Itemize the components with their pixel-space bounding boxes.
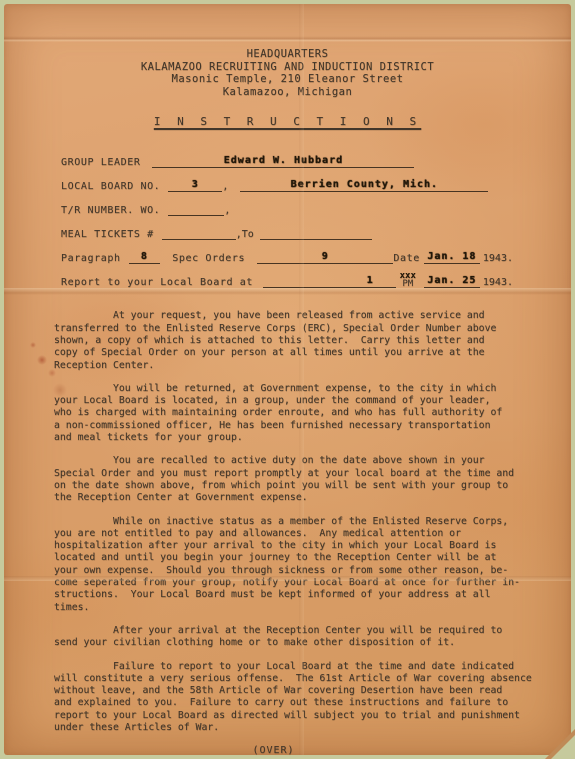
report-date-value: Jan. 25 <box>427 275 476 286</box>
meridiem-stack: xxx PM <box>400 273 416 288</box>
meridiem-value: PM <box>402 281 413 289</box>
paragraph: At your request, you have been released … <box>54 310 571 371</box>
date-label: Date <box>393 253 419 264</box>
typed-line: You will be returned, at Government expe… <box>54 383 571 395</box>
local-board-number-value: 3 <box>192 179 199 190</box>
letterhead: HEADQUARTERS KALAMAZOO RECRUITING AND IN… <box>4 4 571 98</box>
typed-line: You are recalled to active duty on the d… <box>54 455 571 467</box>
tr-number-field <box>168 203 224 216</box>
meal-tickets-from-field <box>162 227 236 240</box>
typed-line: and explained to you. Failure to carry o… <box>54 697 571 709</box>
order-date-year: 1943. <box>483 253 513 264</box>
tr-number-row: T/R NUMBER. WO. , <box>61 202 513 216</box>
typed-line: come seperated from your group, notify y… <box>54 577 571 589</box>
local-board-county-value: Berrien County, Mich. <box>291 179 438 190</box>
paragraph: After your arrival at the Reception Cent… <box>54 625 571 650</box>
typed-line: structions. Your Local Board must be kep… <box>54 589 571 601</box>
paragraph-spec-orders-row: Paragraph 8 Spec Orders 9 Date Jan. 18 1… <box>61 250 513 264</box>
typed-line: who is charged with maintaining order en… <box>54 407 571 419</box>
paragraph: You will be returned, at Government expe… <box>54 383 571 444</box>
typed-line: without leave, and the 58th Article of W… <box>54 685 571 697</box>
group-leader-label: GROUP LEADER <box>61 157 140 168</box>
paragraph-label: Paragraph <box>61 253 121 264</box>
typed-line: on the date shown above, from which poin… <box>54 480 571 492</box>
typed-line: After your arrival at the Reception Cent… <box>54 625 571 637</box>
paragraph-number-field: 8 <box>129 251 161 264</box>
local-board-label: LOCAL BOARD NO. <box>61 181 160 192</box>
page-title: I N S T R U C T I O N S <box>154 115 421 128</box>
report-date-field: Jan. 25 <box>424 275 480 288</box>
typed-line: copy of Special Order on your person at … <box>54 347 571 359</box>
typed-line: send your civilian clothing home or to m… <box>54 637 571 649</box>
report-time-value: 1 <box>367 275 374 286</box>
letterhead-line-headquarters: HEADQUARTERS <box>4 48 571 61</box>
tr-number-label: T/R NUMBER. WO. <box>61 205 160 216</box>
title-wrap: I N S T R U C T I O N S <box>4 110 571 129</box>
typed-line: your own expense. Should you through sic… <box>54 565 571 577</box>
typed-line: shown, a copy of which is attached to th… <box>54 335 571 347</box>
meal-tickets-to-field <box>260 227 372 240</box>
group-leader-value: Edward W. Hubbard <box>224 155 343 166</box>
local-board-comma: , <box>222 181 228 192</box>
typed-line: report to your Local Board as directed w… <box>54 710 571 722</box>
local-board-number-field: 3 <box>168 179 222 192</box>
paragraph: Failure to report to your Local Board at… <box>54 661 571 735</box>
typed-line: and meal tickets for your group. <box>54 432 571 444</box>
paragraph-number-value: 8 <box>141 251 148 262</box>
order-date-value: Jan. 18 <box>427 251 476 262</box>
typed-line: your Local Board is located, in a group,… <box>54 395 571 407</box>
corner-fold <box>551 735 575 759</box>
spec-orders-label: Spec Orders <box>172 253 245 264</box>
group-leader-row: GROUP LEADER Edward W. Hubbard <box>61 154 513 168</box>
typed-line: At your request, you have been released … <box>54 310 571 322</box>
typed-line: under these Articles of War. <box>54 722 571 734</box>
group-leader-field: Edward W. Hubbard <box>152 155 414 168</box>
paragraph: You are recalled to active duty on the d… <box>54 455 571 504</box>
typed-line: a non-commissioned officer, He has been … <box>54 420 571 432</box>
typed-line: Failure to report to your Local Board at… <box>54 661 571 673</box>
typed-line: transferred to the Enlisted Reserve Corp… <box>54 323 571 335</box>
form-section: GROUP LEADER Edward W. Hubbard LOCAL BOA… <box>4 154 571 288</box>
report-date-group: xxx PM Jan. 25 1943. <box>396 273 513 288</box>
spec-orders-value: 9 <box>322 251 329 262</box>
document-paper: HEADQUARTERS KALAMAZOO RECRUITING AND IN… <box>4 4 571 755</box>
horizontal-crease-middle <box>4 288 571 295</box>
typed-line: you are not entitled to pay and allowanc… <box>54 528 571 540</box>
local-board-row: LOCAL BOARD NO. 3 , Berrien County, Mich… <box>61 178 513 192</box>
letterhead-line-district: KALAMAZOO RECRUITING AND INDUCTION DISTR… <box>4 61 571 74</box>
typed-line: Reception Center. <box>54 360 571 372</box>
local-board-county-field: Berrien County, Mich. <box>240 179 488 192</box>
typed-line: the Reception Center at Government expen… <box>54 492 571 504</box>
typed-line: Special Order and you must report prompt… <box>54 468 571 480</box>
typed-line: will constitute a very serious offense. … <box>54 673 571 685</box>
tr-number-comma: , <box>224 205 230 216</box>
letterhead-line-address: Masonic Temple, 210 Eleanor Street <box>4 73 571 86</box>
letterhead-line-city: Kalamazoo, Michigan <box>4 86 571 99</box>
typed-line: hospitalization after your arrival to th… <box>54 540 571 552</box>
paragraph: While on inactive status as a member of … <box>54 516 571 614</box>
spec-orders-field: 9 <box>257 251 393 264</box>
order-date-group: Date Jan. 18 1943. <box>393 251 513 264</box>
report-label: Report to your Local Board at <box>61 277 253 288</box>
meal-tickets-label: MEAL TICKETS # <box>61 229 154 240</box>
report-time-field: 1 <box>263 275 396 288</box>
meal-tickets-row: MEAL TICKETS # ,To <box>61 226 513 240</box>
paragraphs: At your request, you have been released … <box>4 310 571 734</box>
report-date-year: 1943. <box>483 277 513 288</box>
meal-tickets-to-label: ,To <box>236 229 254 240</box>
report-row: Report to your Local Board at 1 xxx PM J… <box>61 274 513 288</box>
over-label: (OVER) <box>0 745 557 756</box>
order-date-field: Jan. 18 <box>424 251 480 264</box>
typed-line: located and until you begin your journey… <box>54 552 571 564</box>
typed-line: While on inactive status as a member of … <box>54 516 571 528</box>
typed-line: times. <box>54 602 571 614</box>
